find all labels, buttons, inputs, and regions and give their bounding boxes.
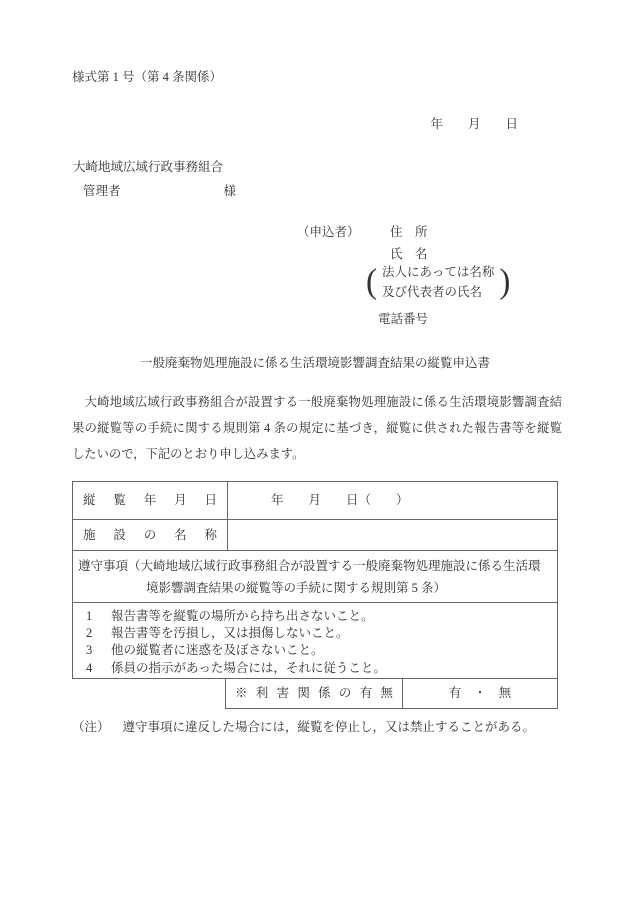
rule-item: 3 他の縦覧者に迷惑を及ぼさないこと。 (86, 642, 557, 659)
interest-relation-box: ※利害関係の有無 有 ・ 無 (225, 679, 558, 709)
facility-name-label: 施設の名称 (73, 520, 228, 550)
footnote-line: （注） 遵守事項に違反した場合には，縦覧を停止し，又は禁止することがある。 (72, 717, 535, 735)
rule-text: 他の縦覧者に迷惑を及ぼさないこと。 (111, 642, 324, 659)
compliance-heading-line-2: 境影響調査結果の縦覧等の手続に関する規則第 5 条） (73, 577, 557, 599)
footnote-text: 遵守事項に違反した場合には，縦覧を停止し，又は禁止することがある。 (123, 717, 536, 735)
inspection-date-label: 縦覧年月日 (73, 482, 228, 519)
inspection-date-value: 年 月 日（ ） (228, 482, 557, 519)
corp-note-lines: 法人にあっては名称 及び代表者の氏名 (377, 262, 499, 302)
document-page: 様式第 1 号（第 4 条関係） 年 月 日 大崎地域広域行政事務組合 管理者 … (0, 0, 630, 915)
rule-text: 係員の指示があった場合には，それに従うこと。 (111, 660, 386, 677)
corp-note-line-1: 法人にあっては名称 (382, 262, 494, 282)
corporation-note: ( 法人にあっては名称 及び代表者の氏名 ) (366, 260, 510, 304)
applicant-address-label: 住 所 (390, 222, 428, 240)
recipient-honorific: 様 (223, 181, 236, 199)
table-row-facility-name: 施設の名称 (73, 520, 557, 551)
rule-text: 報告書等を縦覧の場所から持ち出さないこと。 (111, 608, 374, 625)
interest-relation-label: ※利害関係の有無 (226, 679, 403, 708)
recipient-organization: 大崎地域広域行政事務組合 (73, 157, 223, 175)
table-row-rules-list: 1 報告書等を縦覧の場所から持ち出さないこと。 2 報告書等を汚損し，又は損傷し… (73, 603, 557, 678)
rule-number: 3 (86, 642, 111, 659)
rule-number: 2 (86, 625, 111, 642)
facility-name-value (228, 520, 557, 550)
table-row-compliance-heading: 遵守事項（大崎地域広域行政事務組合が設置する一般廃棄物処理施設に係る生活環 境影… (73, 551, 557, 603)
applicant-label: （申込者） (297, 222, 360, 240)
corp-note-line-2: 及び代表者の氏名 (382, 282, 494, 302)
corp-note-close-paren: ) (499, 259, 510, 305)
application-body-text: 大崎地域広域行政事務組合が設置する一般廃棄物処理施設に係る生活環境影響調査結果の… (72, 389, 562, 467)
rule-number: 4 (86, 660, 111, 677)
corp-note-open-paren: ( (366, 259, 377, 305)
interest-relation-value: 有 ・ 無 (403, 679, 557, 708)
rule-item: 1 報告書等を縦覧の場所から持ち出さないこと。 (86, 608, 557, 625)
form-number: 様式第 1 号（第 4 条関係） (72, 67, 222, 85)
rule-text: 報告書等を汚損し，又は損傷しないこと。 (111, 625, 349, 642)
footnote-label: （注） (72, 717, 110, 735)
rule-item: 4 係員の指示があった場合には，それに従うこと。 (86, 660, 557, 677)
application-table: 縦覧年月日 年 月 日（ ） 施設の名称 遵守事項（大崎地域広域行政事務組合が設… (72, 481, 558, 679)
table-row-inspection-date: 縦覧年月日 年 月 日（ ） (73, 482, 557, 520)
applicant-phone-label: 電話番号 (378, 309, 428, 327)
rule-number: 1 (86, 608, 111, 625)
compliance-heading-line-1: 遵守事項（大崎地域広域行政事務組合が設置する一般廃棄物処理施設に係る生活環 (73, 555, 557, 577)
rule-item: 2 報告書等を汚損し，又は損傷しないこと。 (86, 625, 557, 642)
recipient-title: 管理者 (83, 181, 121, 199)
date-line: 年 月 日 (430, 114, 518, 132)
recipient-manager-line: 管理者 様 (83, 181, 236, 199)
document-title: 一般廃棄物処理施設に係る生活環境影響調査結果の縦覧申込書 (0, 353, 630, 371)
